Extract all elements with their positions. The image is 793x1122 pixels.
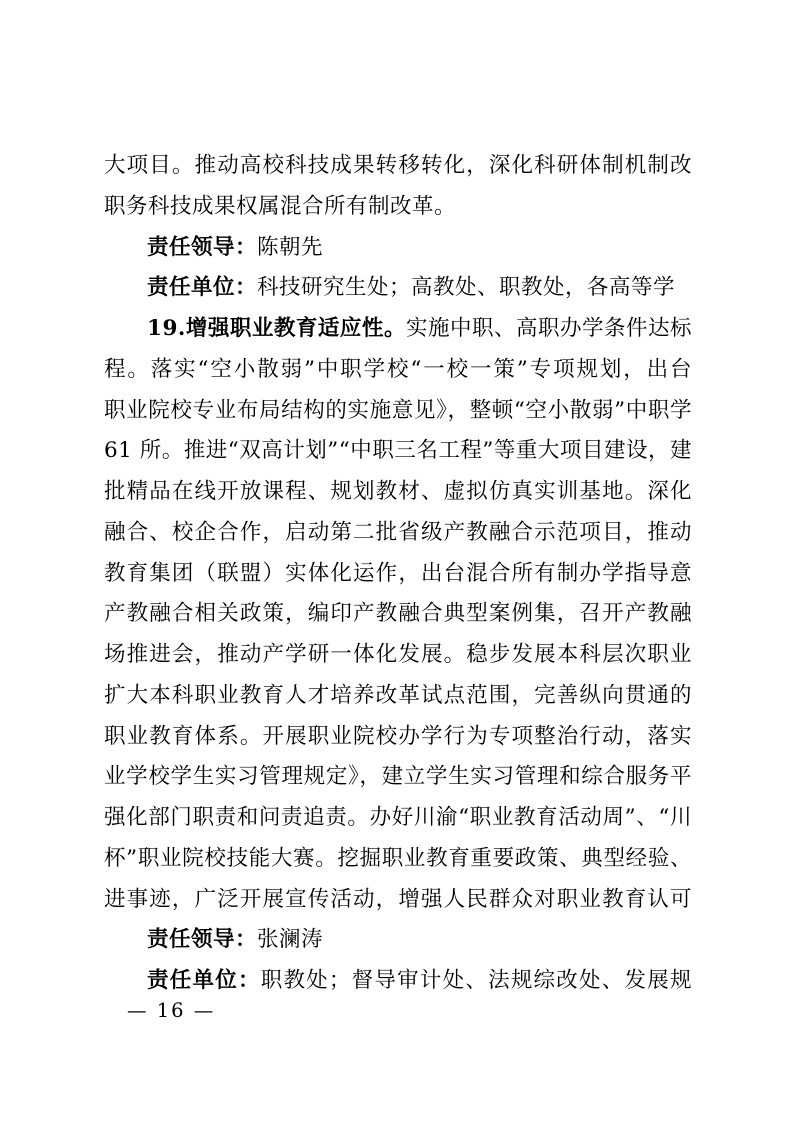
line-bold-lead: 责任领导：	[147, 927, 257, 952]
line-text: 程。落实“空小散弱”中职学校“一校一策”专项规划，出台《优化	[104, 357, 692, 391]
text-line: 责任领导：张澜涛	[104, 920, 692, 961]
line-text: 职业教育体系。开展职业院校办学行为专项整治行动，落实《职	[104, 724, 692, 758]
line-text: 陈朝先	[257, 235, 323, 260]
line-text: 张澜涛	[257, 927, 323, 952]
text-line: 杯”职业院校技能大赛。挖掘职业教育重要政策、典型经验、先	[104, 839, 692, 880]
line-text: 61 所。推进“双高计划”“中职三名工程”等重大项目建设，建设一	[104, 438, 692, 472]
text-line: 业学校学生实习管理规定》，建立学生实习管理和综合服务平台，	[104, 757, 692, 798]
line-text: 强化部门职责和问责追责。办好川渝“职业教育活动周”、“川渝	[104, 805, 692, 839]
line-text: 大项目。推动高校科技成果转移转化，深化科研体制机制改革和	[104, 153, 692, 187]
text-line: 强化部门职责和问责追责。办好川渝“职业教育活动周”、“川渝	[104, 798, 692, 839]
text-line: 职业院校专业布局结构的实施意见》，整顿“空小散弱”中职学校	[104, 391, 692, 432]
line-text: 职业院校专业布局结构的实施意见》，整顿“空小散弱”中职学校	[104, 398, 692, 432]
text-line: 职业教育体系。开展职业院校办学行为专项整治行动，落实《职	[104, 717, 692, 758]
text-line: 责任单位：科技研究生处；高教处、职教处，各高等学校	[104, 268, 692, 309]
line-bold-lead: 责任单位：	[147, 968, 261, 993]
line-bold-lead: 责任单位：	[147, 275, 257, 300]
line-text: 融合、校企合作，启动第二批省级产教融合示范项目，推动职业	[104, 520, 692, 554]
line-bold-lead: 19.增强职业教育适应性。	[147, 316, 406, 341]
line-text: 扩大本科职业教育人才培养改革试点范围，完善纵向贯通的现代	[104, 683, 692, 717]
text-line: 教育集团（联盟）实体化运作，出台混合所有制办学指导意见等	[104, 554, 692, 595]
line-bold-lead: 责任领导：	[147, 235, 257, 260]
document-page: 大项目。推动高校科技成果转移转化，深化科研体制机制改革和职务科技成果权属混合所有…	[0, 0, 793, 1122]
line-text: 职务科技成果权属混合所有制改革。	[104, 194, 456, 219]
text-line: 程。落实“空小散弱”中职学校“一校一策”专项规划，出台《优化	[104, 350, 692, 391]
text-line: 责任领导：陈朝先	[104, 228, 692, 269]
text-line: 61 所。推进“双高计划”“中职三名工程”等重大项目建设，建设一	[104, 431, 692, 472]
text-line: 19.增强职业教育适应性。实施中职、高职办学条件达标工	[104, 309, 692, 350]
line-text: 批精品在线开放课程、规划教材、虚拟仿真实训基地。深化产教	[104, 479, 692, 513]
text-line: 场推进会，推动产学研一体化发展。稳步发展本科层次职业教育，	[104, 635, 692, 676]
text-line: 融合、校企合作，启动第二批省级产教融合示范项目，推动职业	[104, 513, 692, 554]
document-body: 大项目。推动高校科技成果转移转化，深化科研体制机制改革和职务科技成果权属混合所有…	[104, 146, 692, 1002]
line-text: 场推进会，推动产学研一体化发展。稳步发展本科层次职业教育，	[104, 642, 692, 676]
line-text: 业学校学生实习管理规定》，建立学生实习管理和综合服务平台，	[104, 764, 692, 798]
text-line: 职务科技成果权属混合所有制改革。	[104, 187, 692, 228]
line-text: 杯”职业院校技能大赛。挖掘职业教育重要政策、典型经验、先	[104, 846, 692, 880]
text-line: 扩大本科职业教育人才培养改革试点范围，完善纵向贯通的现代	[104, 676, 692, 717]
text-line: 产教融合相关政策，编印产教融合典型案例集，召开产教融合现	[104, 594, 692, 635]
page-number: — 16 —	[127, 996, 215, 1026]
line-text: 进事迹，广泛开展宣传活动，增强人民群众对职业教育认可度。	[104, 887, 692, 921]
text-line: 大项目。推动高校科技成果转移转化，深化科研体制机制改革和	[104, 146, 692, 187]
text-line: 进事迹，广泛开展宣传活动，增强人民群众对职业教育认可度。	[104, 880, 692, 921]
line-text: 教育集团（联盟）实体化运作，出台混合所有制办学指导意见等	[104, 561, 692, 595]
text-line: 批精品在线开放课程、规划教材、虚拟仿真实训基地。深化产教	[104, 472, 692, 513]
line-text: 产教融合相关政策，编印产教融合典型案例集，召开产教融合现	[104, 601, 692, 635]
